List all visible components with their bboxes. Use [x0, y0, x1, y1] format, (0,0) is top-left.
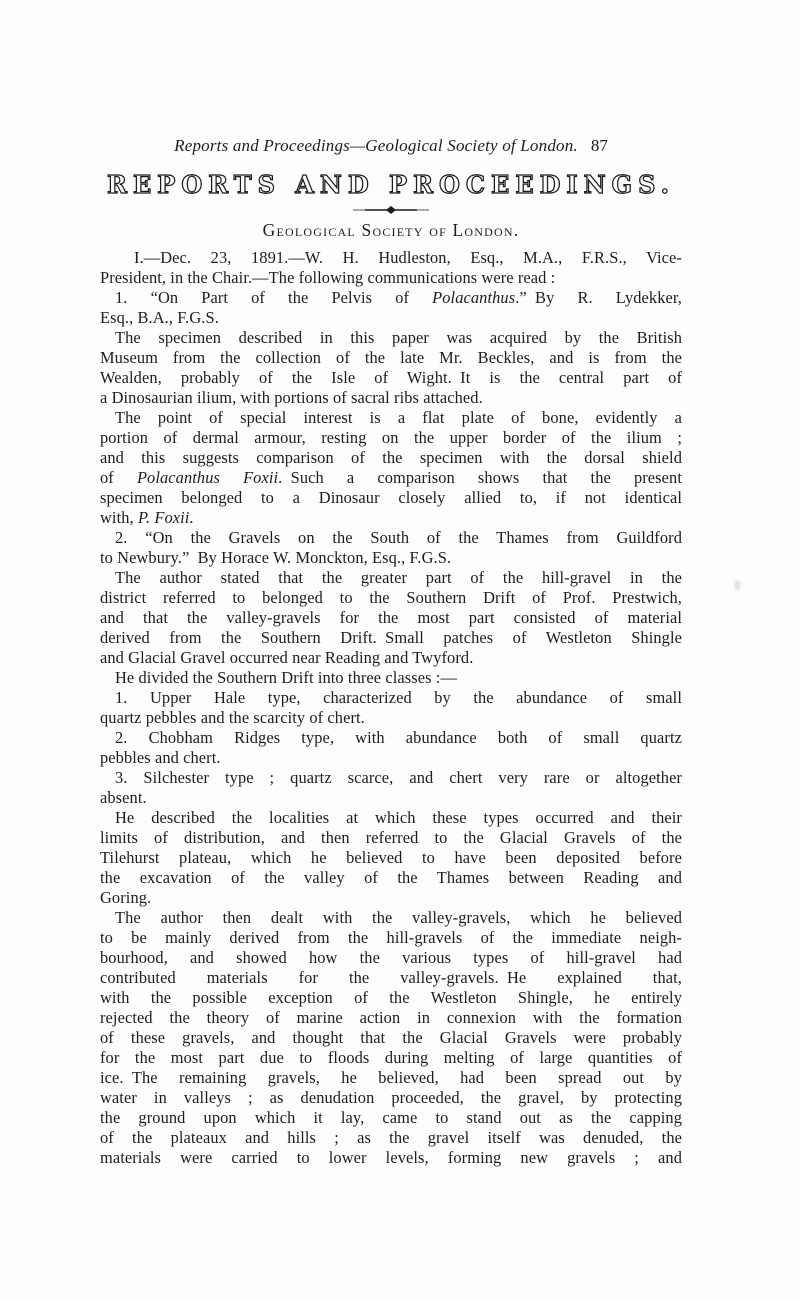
- text-line: He described the localities at which the…: [100, 808, 682, 828]
- text-line: The author stated that the greater part …: [100, 568, 682, 588]
- text-line: pebbles and chert.: [100, 748, 682, 768]
- text-line: ice. The remaining gravels, he believed,…: [100, 1068, 682, 1088]
- text-line: a Dinosaurian ilium, with portions of sa…: [100, 388, 682, 408]
- text-line: Museum from the collection of the late M…: [100, 348, 682, 368]
- section-heading: Geological Society of London.: [100, 220, 682, 240]
- text-line: bourhood, and showed how the various typ…: [100, 948, 682, 968]
- scanned-journal-page: Reports and Proceedings—Geological Socie…: [0, 0, 800, 1300]
- article-body: I.—Dec. 23, 1891.—W. H. Hudleston, Esq.,…: [100, 248, 682, 1168]
- text-line: quartz pebbles and the scarcity of chert…: [100, 708, 682, 728]
- paragraph: 1. Upper Hale type, characterized by the…: [100, 688, 682, 728]
- text-line: derived from the Southern Drift. Small p…: [100, 628, 682, 648]
- text-line: of Polacanthus Foxii. Such a comparison …: [100, 468, 682, 488]
- text-line: to Newbury.” By Horace W. Monckton, Esq.…: [100, 548, 682, 568]
- text-line: water in valleys ; as denudation proceed…: [100, 1088, 682, 1108]
- text-line: the ground upon which it lay, came to st…: [100, 1108, 682, 1128]
- text-line: of these gravels, and thought that the G…: [100, 1028, 682, 1048]
- scan-smudge-artifact: [735, 580, 740, 590]
- paragraph: 2. Chobham Ridges type, with abundance b…: [100, 728, 682, 768]
- text-line: rejected the theory of marine action in …: [100, 1008, 682, 1028]
- text-line: for the most part due to floods during m…: [100, 1048, 682, 1068]
- paragraph: He described the localities at which the…: [100, 808, 682, 908]
- text-line: Esq., B.A., F.G.S.: [100, 308, 682, 328]
- text-line: the excavation of the valley of the Tham…: [100, 868, 682, 888]
- page-number: 87: [591, 136, 608, 156]
- running-header: Reports and Proceedings—Geological Socie…: [100, 0, 682, 156]
- paragraph: 2. “On the Gravels on the South of the T…: [100, 528, 682, 568]
- paragraph: The author then dealt with the valley-gr…: [100, 908, 682, 1168]
- text-line: The specimen described in this paper was…: [100, 328, 682, 348]
- paragraph: The author stated that the greater part …: [100, 568, 682, 668]
- text-line: 3. Silchester type ; quartz scarce, and …: [100, 768, 682, 788]
- text-line: and Glacial Gravel occurred near Reading…: [100, 648, 682, 668]
- text-line: contributed materials for the valley-gra…: [100, 968, 682, 988]
- text-line: to be mainly derived from the hill-grave…: [100, 928, 682, 948]
- text-line: I.—Dec. 23, 1891.—W. H. Hudleston, Esq.,…: [100, 248, 682, 268]
- text-line: with, P. Foxii.: [100, 508, 682, 528]
- paragraph: I.—Dec. 23, 1891.—W. H. Hudleston, Esq.,…: [100, 248, 682, 288]
- text-column: Reports and Proceedings—Geological Socie…: [100, 0, 682, 1168]
- text-line: The point of special interest is a flat …: [100, 408, 682, 428]
- paragraph: 1. “On Part of the Pelvis of Polacanthus…: [100, 288, 682, 328]
- running-header-title: Reports and Proceedings—Geological Socie…: [174, 136, 578, 156]
- text-line: The author then dealt with the valley-gr…: [100, 908, 682, 928]
- paragraph: The specimen described in this paper was…: [100, 328, 682, 408]
- text-line: district referred to belonged to the Sou…: [100, 588, 682, 608]
- paragraph: 3. Silchester type ; quartz scarce, and …: [100, 768, 682, 808]
- text-line: specimen belonged to a Dinosaur closely …: [100, 488, 682, 508]
- text-line: He divided the Southern Drift into three…: [100, 668, 682, 688]
- italic-taxon: Polacanthus Foxii: [137, 468, 278, 487]
- text-line: portion of dermal armour, resting on the…: [100, 428, 682, 448]
- text-line: 1. Upper Hale type, characterized by the…: [100, 688, 682, 708]
- italic-taxon: Polacanthus: [432, 288, 515, 307]
- text-line: President, in the Chair.—The following c…: [100, 268, 682, 288]
- text-line: 1. “On Part of the Pelvis of Polacanthus…: [100, 288, 682, 308]
- paragraph: The point of special interest is a flat …: [100, 408, 682, 528]
- text-line: 2. “On the Gravels on the South of the T…: [100, 528, 682, 548]
- text-line: Tilehurst plateau, which he believed to …: [100, 848, 682, 868]
- text-line: with the possible exception of the Westl…: [100, 988, 682, 1008]
- article-main-title: REPORTS AND PROCEEDINGS.: [100, 171, 682, 198]
- italic-taxon: P. Foxii: [138, 508, 189, 527]
- paragraph: He divided the Southern Drift into three…: [100, 668, 682, 688]
- text-line: 2. Chobham Ridges type, with abundance b…: [100, 728, 682, 748]
- diamond-rule-icon: [353, 205, 429, 215]
- text-line: Wealden, probably of the Isle of Wight. …: [100, 368, 682, 388]
- text-line: materials were carried to lower levels, …: [100, 1148, 682, 1168]
- text-line: and this suggests comparison of the spec…: [100, 448, 682, 468]
- text-line: of the plateaux and hills ; as the grave…: [100, 1128, 682, 1148]
- text-line: limits of distribution, and then referre…: [100, 828, 682, 848]
- text-line: Goring.: [100, 888, 682, 908]
- text-line: absent.: [100, 788, 682, 808]
- ornament-rule: [100, 205, 682, 215]
- text-line: and that the valley-gravels for the most…: [100, 608, 682, 628]
